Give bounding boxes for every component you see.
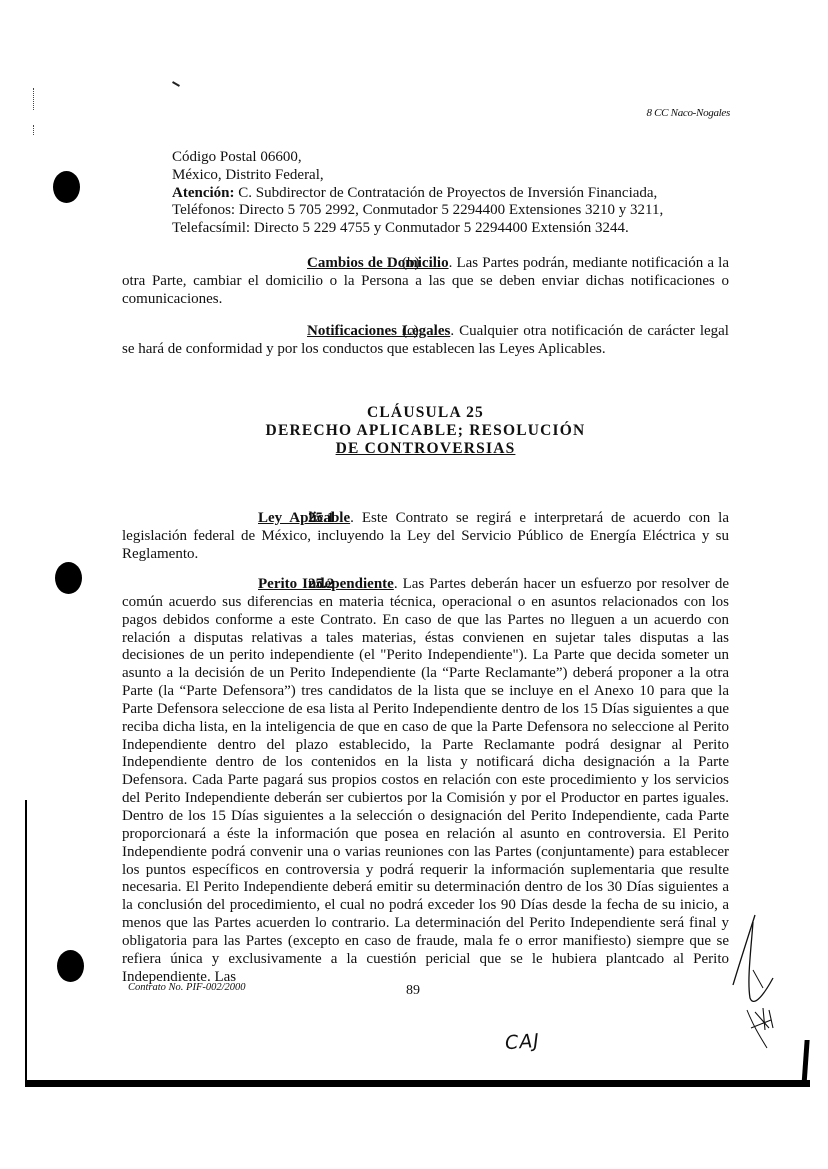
scan-tick-mark	[172, 81, 180, 87]
footer-page-number: 89	[406, 983, 420, 999]
punch-hole	[55, 562, 82, 594]
address-line-phones: Teléfonos: Directo 5 705 2992, Conmutado…	[172, 202, 663, 220]
footer-contract-number: Contrato No. PIF-002/2000	[128, 982, 246, 993]
subclause-25-2-perito-independiente: 25.2Perito Independiente. Las Partes deb…	[122, 576, 729, 986]
section-label: (b)	[262, 255, 307, 273]
section-b-cambios-de-domicilio: (b)Cambios de Domicilio. Las Partes podr…	[122, 255, 729, 308]
clause-title-line2: DE CONTROVERSIAS	[122, 440, 729, 458]
margin-scan-dots	[33, 125, 36, 135]
clause-heading: CLÁUSULA 25 DERECHO APLICABLE; RESOLUCIÓ…	[122, 404, 729, 458]
address-line-attention: Atención: C. Subdirector de Contratación…	[172, 185, 663, 203]
section-title: Notificaciones Legales	[307, 323, 450, 339]
subclause-title: Ley Aplicable	[258, 510, 350, 526]
signature-icon	[725, 910, 795, 1060]
page-frame-edge	[25, 1080, 810, 1087]
clause-number: CLÁUSULA 25	[122, 404, 729, 422]
address-line-city: México, Distrito Federal,	[172, 167, 663, 185]
subclause-number: 25.2	[215, 576, 258, 594]
punch-hole	[57, 950, 84, 982]
punch-hole	[53, 171, 80, 203]
address-line-postal-code: Código Postal 06600,	[172, 149, 663, 167]
running-header: 8 CC Naco-Nogales	[646, 107, 730, 119]
subclause-number: 25.1	[215, 510, 258, 528]
address-line-fax: Telefacsímil: Directo 5 229 4755 y Conmu…	[172, 220, 663, 238]
section-title: Cambios de Domicilio	[307, 255, 449, 271]
clause-title-line1: DERECHO APLICABLE; RESOLUCIÓN	[122, 422, 729, 440]
address-block: Código Postal 06600, México, Distrito Fe…	[172, 149, 663, 238]
section-c-notificaciones-legales: (c)Notificaciones Legales. Cualquier otr…	[122, 323, 729, 359]
subclause-25-1-ley-aplicable: 25.1Ley Aplicable. Este Contrato se regi…	[122, 510, 729, 563]
page-frame-edge	[25, 800, 27, 1087]
margin-scan-dots	[33, 88, 36, 110]
attention-label: Atención:	[172, 185, 235, 201]
subclause-title: Perito Independiente	[258, 576, 394, 592]
attention-value: C. Subdirector de Contratación de Proyec…	[235, 185, 658, 201]
subclause-text: . Este Contrato se regirá e interpretará…	[122, 510, 729, 562]
subclause-text: . Las Partes deberán hacer un esfuerzo p…	[122, 576, 729, 985]
handwritten-initials: CAJ	[504, 1030, 540, 1054]
section-label: (c)	[262, 323, 307, 341]
